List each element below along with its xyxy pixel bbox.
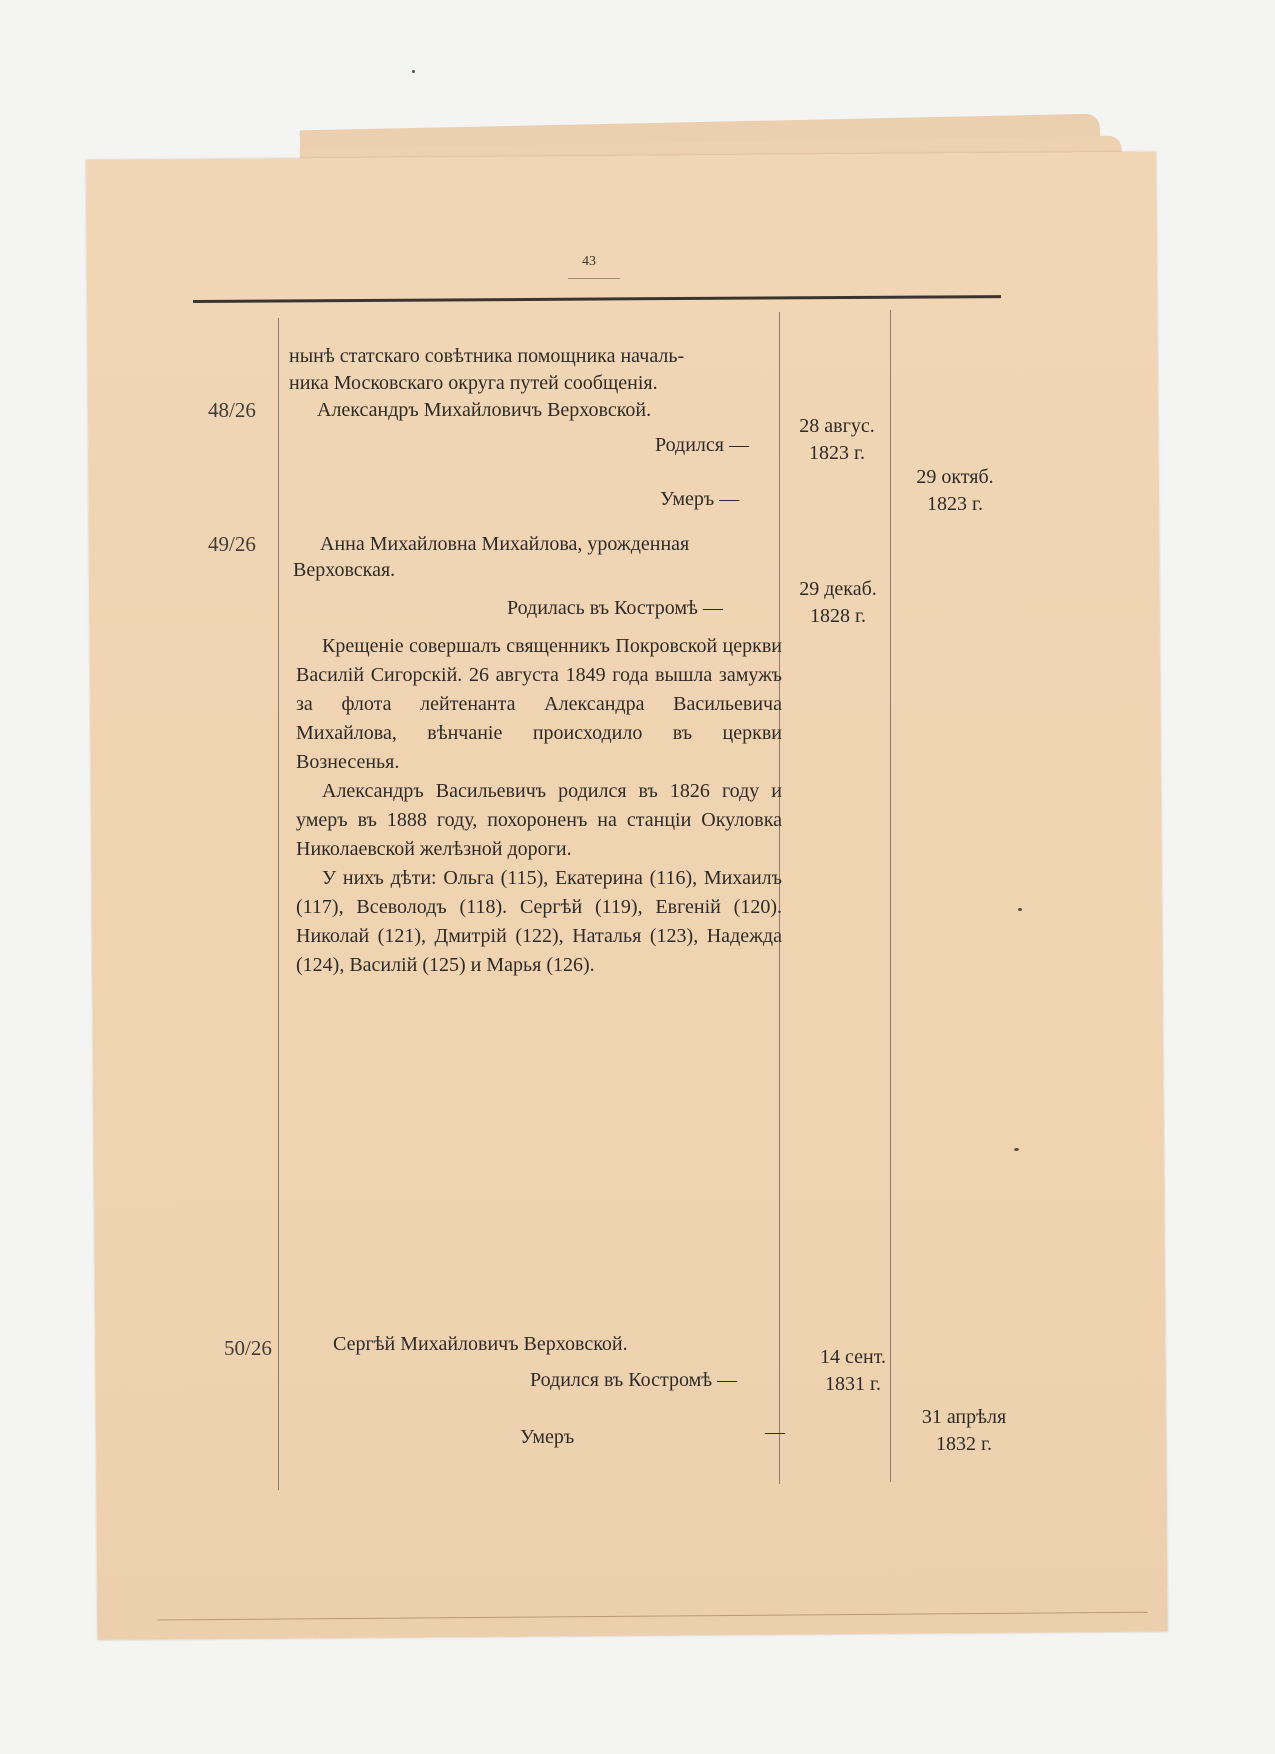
continuation-line-2: ника Московскаго округа путей сообщенія. bbox=[289, 369, 658, 397]
entry-name-line-2: Верховская. bbox=[293, 556, 395, 584]
entry-name: Александръ Михайловичъ Верховской. bbox=[317, 396, 651, 424]
entry-name: Сергѣй Михайловичъ Верховской. bbox=[333, 1330, 628, 1358]
born-label: Родилась въ Костромѣ — bbox=[507, 594, 723, 622]
children-paragraph: У нихъ дѣти: Ольга (115), Екатерина (116… bbox=[296, 864, 782, 980]
continuation-line-1: нынѣ статскаго совѣтника помощника начал… bbox=[289, 342, 684, 370]
born-label: Родился — bbox=[655, 431, 749, 459]
bottom-fold-line bbox=[157, 1612, 1147, 1621]
died-label: Умеръ — bbox=[660, 485, 739, 513]
died-dash: — bbox=[765, 1418, 785, 1446]
died-label: Умеръ bbox=[520, 1423, 574, 1451]
born-date: 14 сент. 1831 г. bbox=[800, 1344, 906, 1398]
entry-name-line-1: Анна Михайловна Михайлова, урожденная bbox=[320, 530, 689, 558]
entry-number: 48/26 bbox=[208, 396, 256, 424]
paper-speck bbox=[412, 70, 415, 73]
died-date: 31 апрѣля 1832 г. bbox=[904, 1404, 1024, 1458]
husband-paragraph: Александръ Васильевичъ родился въ 1826 г… bbox=[296, 777, 782, 864]
born-date: 29 декаб. 1828 г. bbox=[785, 576, 891, 630]
page-number: 43 bbox=[582, 254, 596, 270]
entry-number: 49/26 bbox=[208, 530, 256, 558]
born-label: Родился въ Костромѣ — bbox=[530, 1366, 737, 1394]
paper-speck bbox=[1018, 908, 1022, 911]
column-divider-number bbox=[278, 318, 279, 1490]
baptism-paragraph: Крещеніе совершалъ священникъ Покровской… bbox=[296, 632, 782, 777]
page-number-underline bbox=[568, 278, 620, 279]
died-date: 29 октяб. 1823 г. bbox=[895, 464, 1015, 518]
entry-number: 50/26 bbox=[224, 1334, 272, 1362]
born-date: 28 авгус. 1823 г. bbox=[784, 413, 890, 467]
column-divider-death bbox=[890, 310, 891, 1482]
entry-biography: Крещеніе совершалъ священникъ Покровской… bbox=[296, 632, 782, 980]
paper-speck bbox=[1014, 1148, 1019, 1151]
